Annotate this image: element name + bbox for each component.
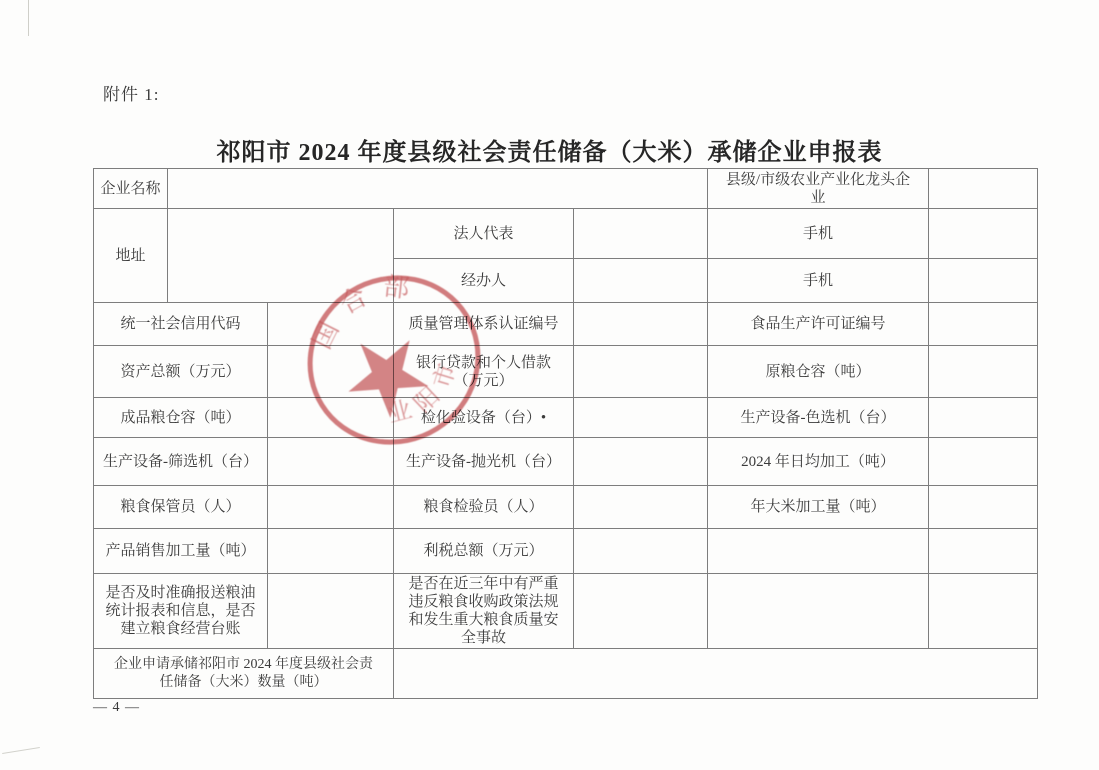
raw-grain-capacity-label: 原粮仓容（吨） bbox=[708, 346, 929, 398]
row9-empty-cell-a bbox=[708, 529, 929, 574]
polishing-machine-value-cell bbox=[574, 438, 708, 486]
credit-code-value-cell bbox=[268, 303, 394, 346]
product-sales-value-cell bbox=[268, 529, 394, 574]
row10-empty-cell-a bbox=[708, 574, 929, 649]
product-sales-label: 产品销售加工量（吨） bbox=[94, 529, 268, 574]
legal-rep-mobile-label: 手机 bbox=[708, 209, 929, 259]
color-sorter-label: 生产设备-色选机（台） bbox=[708, 398, 929, 438]
profit-tax-label: 利税总额（万元） bbox=[394, 529, 574, 574]
food-license-value-cell bbox=[929, 303, 1038, 346]
inspection-equipment-label: 检化验设备（台）• bbox=[394, 398, 574, 438]
row9-empty-cell-b bbox=[929, 529, 1038, 574]
annual-rice-processing-value-cell bbox=[929, 486, 1038, 529]
enterprise-name-label: 企业名称 bbox=[94, 169, 168, 209]
handler-label: 经办人 bbox=[394, 259, 574, 303]
handler-mobile-label: 手机 bbox=[708, 259, 929, 303]
violation-record-value-cell bbox=[574, 574, 708, 649]
grain-keeper-value-cell bbox=[268, 486, 394, 529]
leading-enterprise-label: 县级/市级农业产业化龙头企 业 bbox=[708, 169, 929, 209]
total-assets-value-cell bbox=[268, 346, 394, 398]
legal-rep-value-cell bbox=[574, 209, 708, 259]
bank-loans-value-cell bbox=[574, 346, 708, 398]
polishing-machine-label: 生产设备-抛光机（台） bbox=[394, 438, 574, 486]
profit-tax-value-cell bbox=[574, 529, 708, 574]
application-form-table: 企业名称 县级/市级农业产业化龙头企 业 地址 法人代表 手机 经办人 手机 统… bbox=[93, 168, 1038, 699]
statistics-reporting-label: 是否及时准确报送粮油 统计报表和信息，是否 建立粮食经营台账 bbox=[94, 574, 268, 649]
qms-cert-value-cell bbox=[574, 303, 708, 346]
statistics-reporting-value-cell bbox=[268, 574, 394, 649]
finished-grain-capacity-value-cell bbox=[268, 398, 394, 438]
attachment-label: 附件 1: bbox=[103, 80, 159, 105]
scan-artifact-bottom-left bbox=[2, 747, 40, 754]
handler-value-cell bbox=[574, 259, 708, 303]
qms-cert-label: 质量管理体系认证编号 bbox=[394, 303, 574, 346]
document-title: 祁阳市 2024 年度县级社会责任储备（大米）承储企业申报表 bbox=[0, 132, 1099, 167]
legal-rep-mobile-value-cell bbox=[929, 209, 1038, 259]
daily-processing-value-cell bbox=[929, 438, 1038, 486]
raw-grain-capacity-value-cell bbox=[929, 346, 1038, 398]
scan-artifact-top-left bbox=[28, 0, 29, 36]
total-assets-label: 资产总额（万元） bbox=[94, 346, 268, 398]
page-number: — 4 — bbox=[93, 700, 140, 716]
violation-record-label: 是否在近三年中有严重 违反粮食收购政策法规 和发生重大粮食质量安 全事故 bbox=[394, 574, 574, 649]
handler-mobile-value-cell bbox=[929, 259, 1038, 303]
sieving-machine-label: 生产设备-筛选机（台） bbox=[94, 438, 268, 486]
annual-rice-processing-label: 年大米加工量（吨） bbox=[708, 486, 929, 529]
food-license-label: 食品生产许可证编号 bbox=[708, 303, 929, 346]
daily-processing-label: 2024 年日均加工（吨） bbox=[708, 438, 929, 486]
finished-grain-capacity-label: 成品粮仓容（吨） bbox=[94, 398, 268, 438]
grain-inspector-label: 粮食检验员（人） bbox=[394, 486, 574, 529]
inspection-equipment-value-cell bbox=[574, 398, 708, 438]
sieving-machine-value-cell bbox=[268, 438, 394, 486]
legal-rep-label: 法人代表 bbox=[394, 209, 574, 259]
address-label: 地址 bbox=[94, 209, 168, 303]
application-quantity-value-cell bbox=[394, 649, 1038, 699]
grain-keeper-label: 粮食保管员（人） bbox=[94, 486, 268, 529]
credit-code-label: 统一社会信用代码 bbox=[94, 303, 268, 346]
document-page: 附件 1: 祁阳市 2024 年度县级社会责任储备（大米）承储企业申报表 企业名… bbox=[0, 0, 1099, 770]
bank-loans-label: 银行贷款和个人借款 （万元） bbox=[394, 346, 574, 398]
enterprise-name-value-cell bbox=[168, 169, 708, 209]
leading-enterprise-value-cell bbox=[929, 169, 1038, 209]
row10-empty-cell-b bbox=[929, 574, 1038, 649]
address-value-cell bbox=[168, 209, 394, 303]
grain-inspector-value-cell bbox=[574, 486, 708, 529]
color-sorter-value-cell bbox=[929, 398, 1038, 438]
application-quantity-label: 企业申请承储祁阳市 2024 年度县级社会责 任储备（大米）数量（吨） bbox=[94, 649, 394, 699]
